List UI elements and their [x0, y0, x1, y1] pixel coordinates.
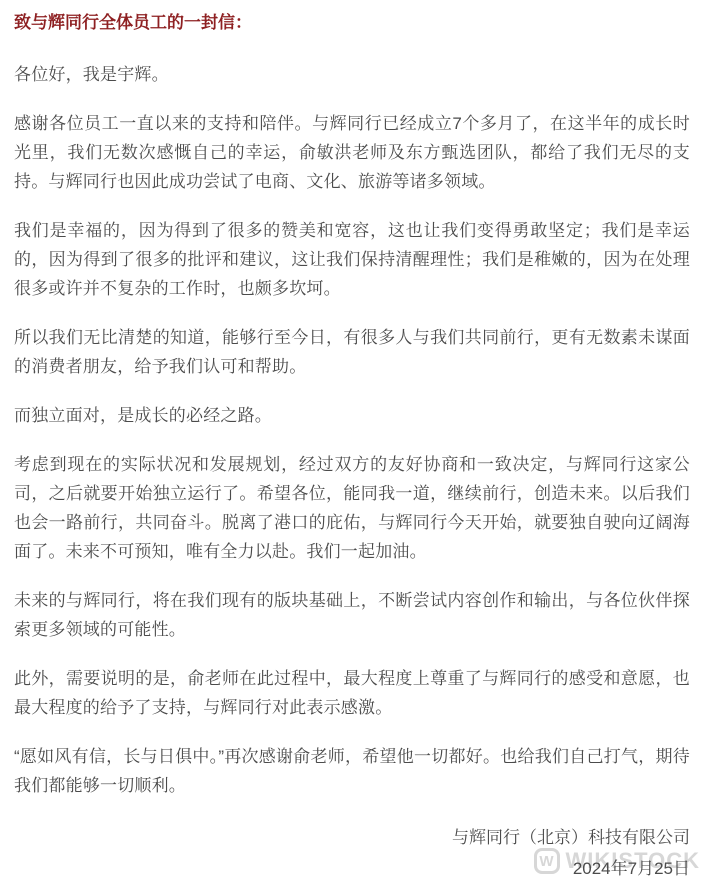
letter-paragraph: 未来的与辉同行，将在我们现有的版块基础上，不断尝试内容创作和输出，与各位伙伴探索… — [14, 586, 690, 644]
letter-paragraph: 所以我们无比清楚的知道，能够行至今日，有很多人与我们共同前行，更有无数素未谋面的… — [14, 323, 690, 381]
letter-paragraph-greeting: 各位好，我是宇辉。 — [14, 60, 690, 89]
letter-paragraph: 此外，需要说明的是，俞老师在此过程中，最大程度上尊重了与辉同行的感受和意愿，也最… — [14, 664, 690, 722]
letter-paragraph: “愿如风有信，长与日俱中。”再次感谢俞老师，希望他一切都好。也给我们自己打气，期… — [14, 742, 690, 800]
signature-company: 与辉同行（北京）科技有限公司 — [14, 822, 690, 853]
letter-paragraph: 感谢各位员工一直以来的支持和陪伴。与辉同行已经成立7个多月了，在这半年的成长时光… — [14, 109, 690, 196]
letter-paragraph: 考虑到现在的实际状况和发展规划，经过双方的友好协商和一致决定，与辉同行这家公司，… — [14, 450, 690, 566]
signature-date: 2024年7月25日 — [14, 853, 690, 884]
letter-paragraph: 我们是幸福的，因为得到了很多的赞美和宽容，这也让我们变得勇敢坚定；我们是幸运的，… — [14, 216, 690, 303]
letter-title: 致与辉同行全体员工的一封信： — [14, 12, 690, 34]
letter-paragraph: 而独立面对，是成长的必经之路。 — [14, 401, 690, 430]
letter-document: 致与辉同行全体员工的一封信： 各位好，我是宇辉。 感谢各位员工一直以来的支持和陪… — [0, 0, 704, 886]
signature-block: 与辉同行（北京）科技有限公司 2024年7月25日 — [14, 822, 690, 884]
